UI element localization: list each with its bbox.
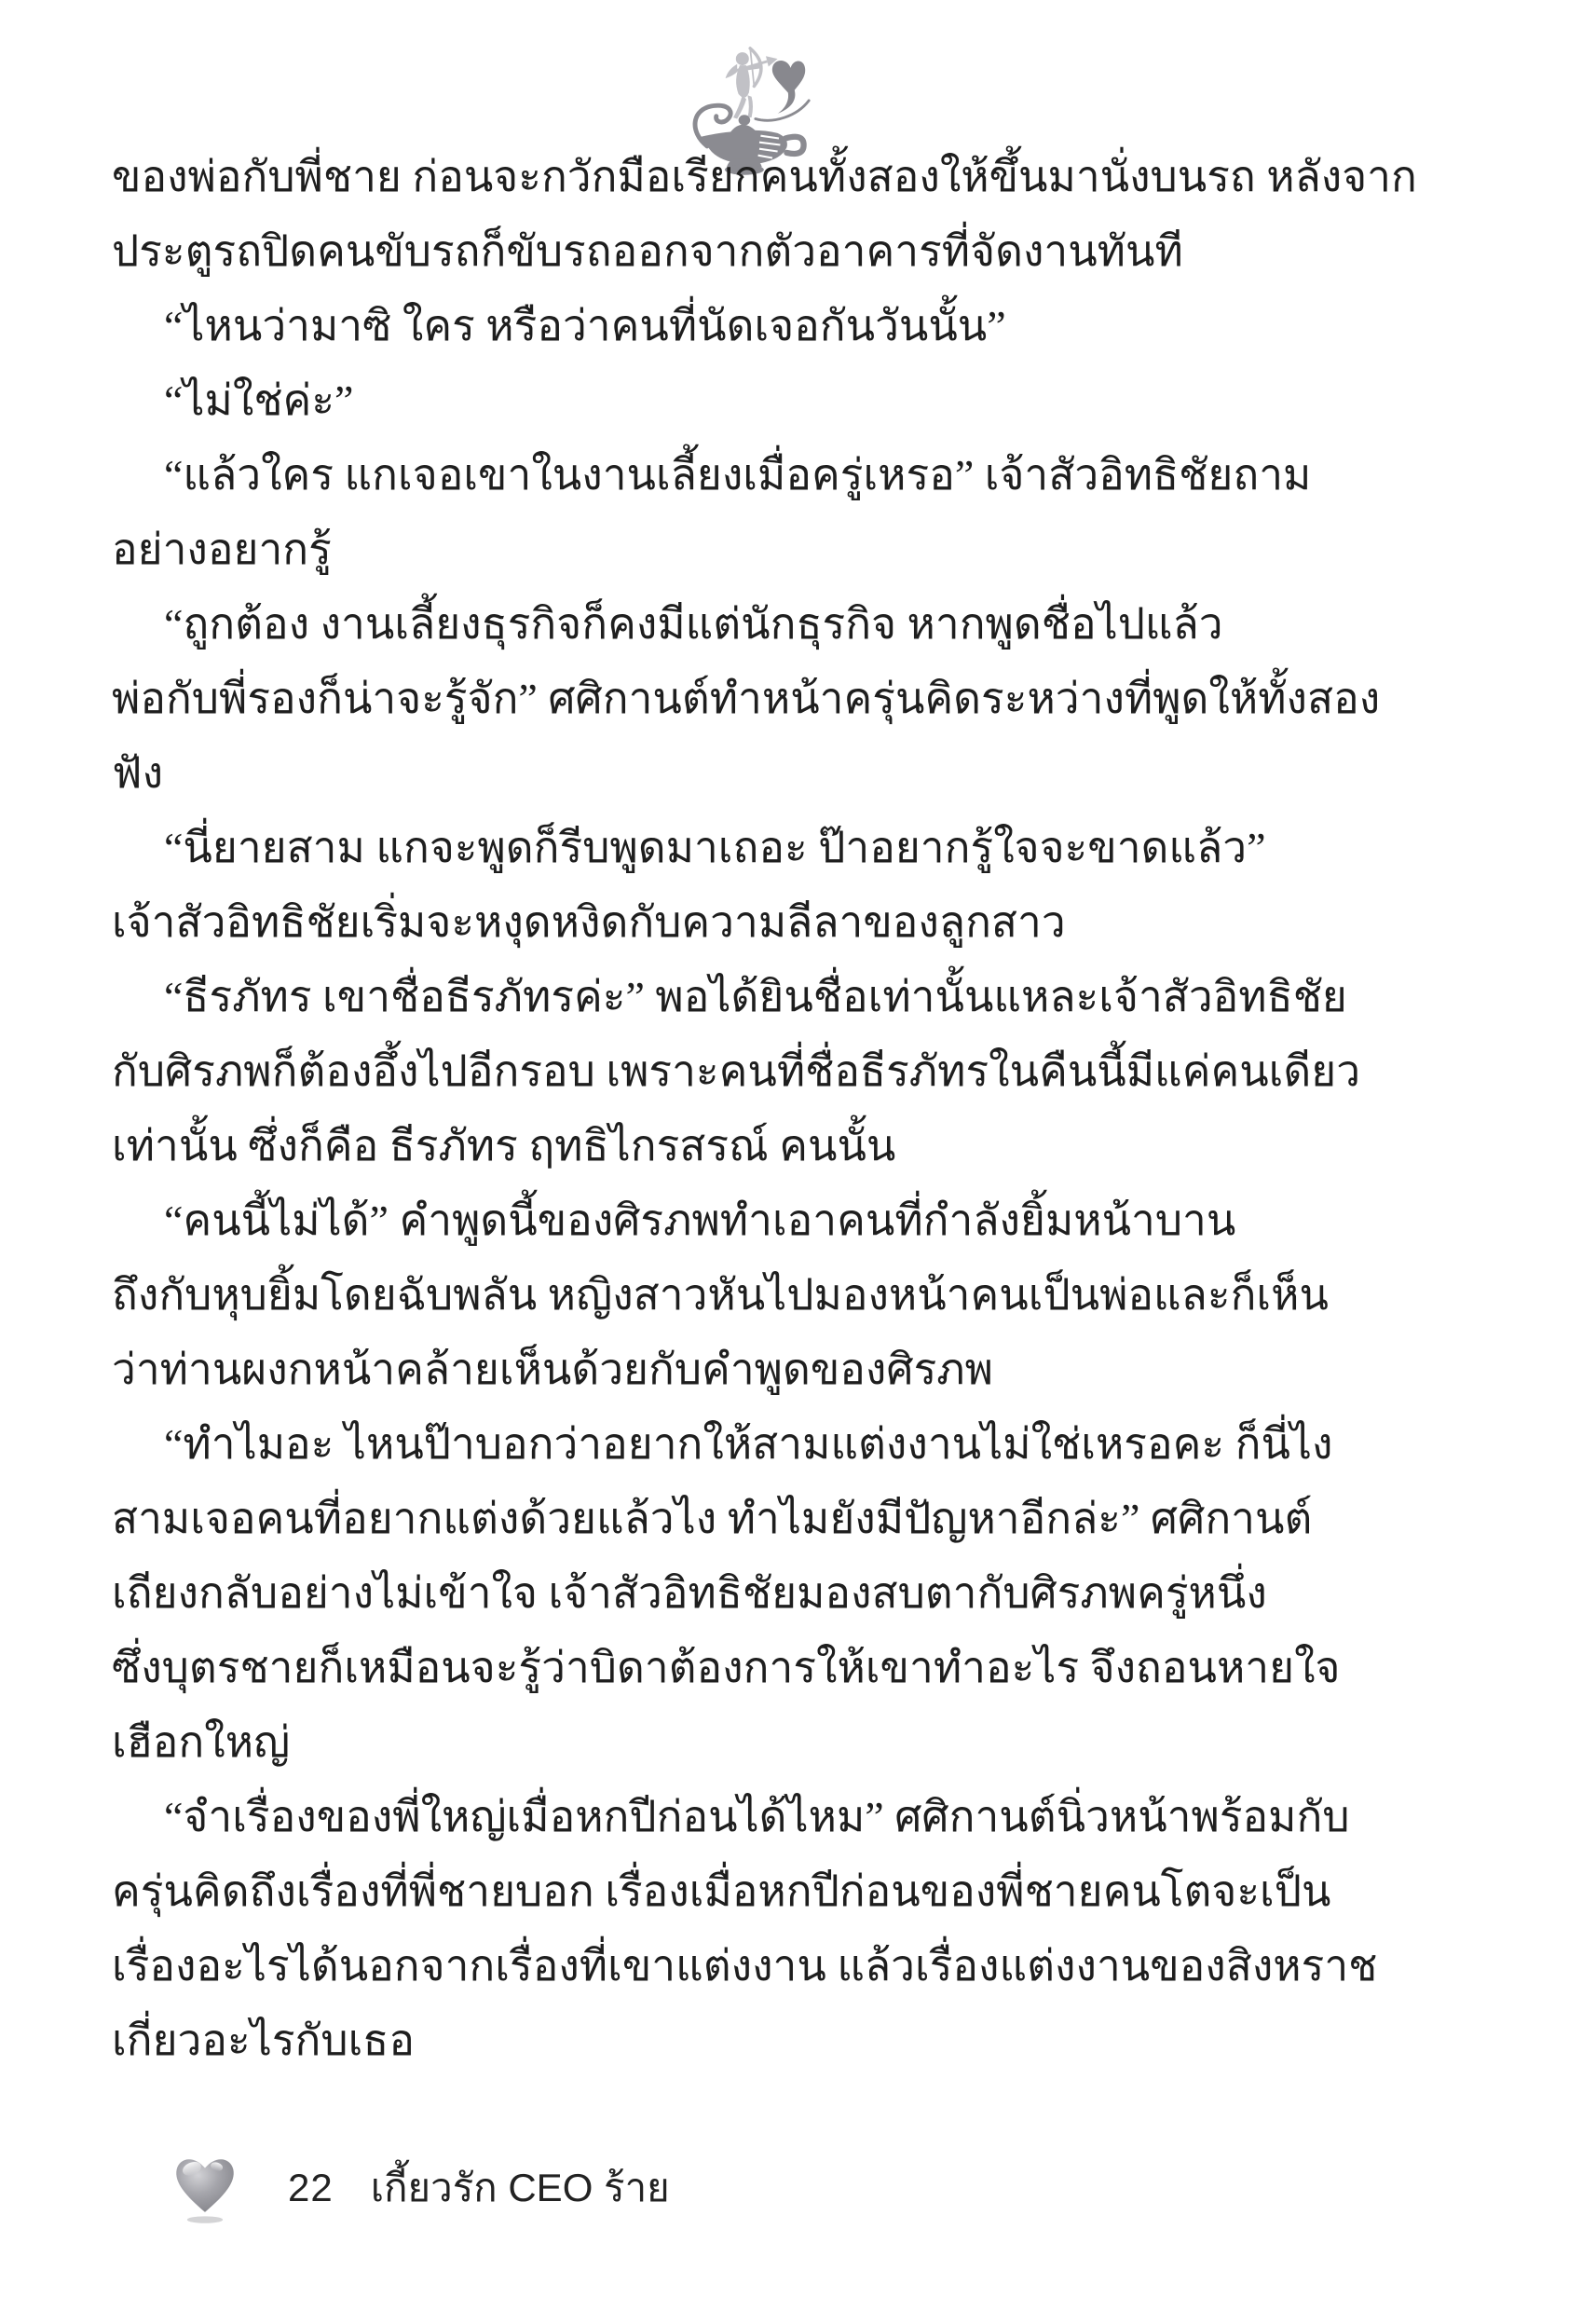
page-footer: 22 เกี้ยวรัก CEO ร้าย xyxy=(171,2149,670,2227)
text-line: สามเจอคนที่อยากแต่งด้วยแล้วไง ทำไมยังมีป… xyxy=(112,1482,1489,1556)
text-line: ถึงกับหุบยิ้มโดยฉับพลัน หญิงสาวหันไปมองห… xyxy=(112,1258,1489,1333)
text-line: พ่อกับพี่รองก็น่าจะรู้จัก” ศศิกานต์ทำหน้… xyxy=(112,662,1489,736)
heart-shadow xyxy=(187,2216,223,2222)
text-line: ฟัง xyxy=(112,736,1489,811)
book-title: เกี้ยวรัก CEO ร้าย xyxy=(371,2157,670,2219)
text-line: ของพ่อกับพี่ชาย ก่อนจะกวักมือเรียกคนทั้ง… xyxy=(112,140,1489,214)
text-line: “จำเรื่องของพี่ใหญ่เมื่อหกปีก่อนได้ไหม” … xyxy=(112,1780,1489,1854)
text-line: อย่างอยากรู้ xyxy=(112,513,1489,587)
text-line: ซึ่งบุตรชายก็เหมือนจะรู้ว่าบิดาต้องการให… xyxy=(112,1631,1489,1705)
text-line: เท่านั้น ซึ่งก็คือ ธีรภัทร ฤทธิไกรสรณ์ ค… xyxy=(112,1109,1489,1183)
text-line: เถียงกลับอย่างไม่เข้าใจ เจ้าสัวอิทธิชัยม… xyxy=(112,1556,1489,1631)
text-line: “คนนี้ไม่ได้” คำพูดนี้ของศิรภพทำเอาคนที่… xyxy=(112,1183,1489,1258)
text-line: ครุ่นคิดถึงเรื่องที่พี่ชายบอก เรื่องเมื่… xyxy=(112,1854,1489,1929)
book-page: ของพ่อกับพี่ชาย ก่อนจะกวักมือเรียกคนทั้ง… xyxy=(0,0,1596,2311)
text-line: “แล้วใคร แกเจอเขาในงานเลี้ยงเมื่อครู่เหร… xyxy=(112,438,1489,513)
text-line: เกี่ยวอะไรกับเธอ xyxy=(112,2003,1489,2078)
text-line: “ไหนว่ามาซิ ใคร หรือว่าคนที่นัดเจอกันวัน… xyxy=(112,289,1489,363)
heart-icon xyxy=(772,61,805,114)
text-line: เจ้าสัวอิทธิชัยเริ่มจะหงุดหงิดกับความลีล… xyxy=(112,885,1489,960)
text-line: “ทำไมอะ ไหนป๊าบอกว่าอยากให้สามแต่งงานไม่… xyxy=(112,1407,1489,1482)
text-line: เรื่องอะไรได้นอกจากเรื่องที่เขาแต่งงาน แ… xyxy=(112,1929,1489,2003)
text-line: “ถูกต้อง งานเลี้ยงธุรกิจก็คงมีแต่นักธุรก… xyxy=(112,587,1489,662)
body-text: ของพ่อกับพี่ชาย ก่อนจะกวักมือเรียกคนทั้ง… xyxy=(112,140,1489,2078)
text-line: “ไม่ใช่ค่ะ” xyxy=(112,363,1489,438)
footer-heart-icon xyxy=(171,2149,239,2227)
page-number: 22 xyxy=(288,2166,334,2210)
text-line: “ธีรภัทร เขาชื่อธีรภัทรค่ะ” พอได้ยินชื่อ… xyxy=(112,960,1489,1034)
text-line: กับศิรภพก็ต้องอึ้งไปอีกรอบ เพราะคนที่ชื่… xyxy=(112,1034,1489,1109)
text-line: ประตูรถปิดคนขับรถก็ขับรถออกจากตัวอาคารที… xyxy=(112,214,1489,289)
text-line: “นี่ยายสาม แกจะพูดก็รีบพูดมาเถอะ ป๊าอยาก… xyxy=(112,811,1489,885)
text-line: ว่าท่านผงกหน้าคล้ายเห็นด้วยกับคำพูดของศิ… xyxy=(112,1333,1489,1407)
text-line: เฮือกใหญ่ xyxy=(112,1705,1489,1780)
